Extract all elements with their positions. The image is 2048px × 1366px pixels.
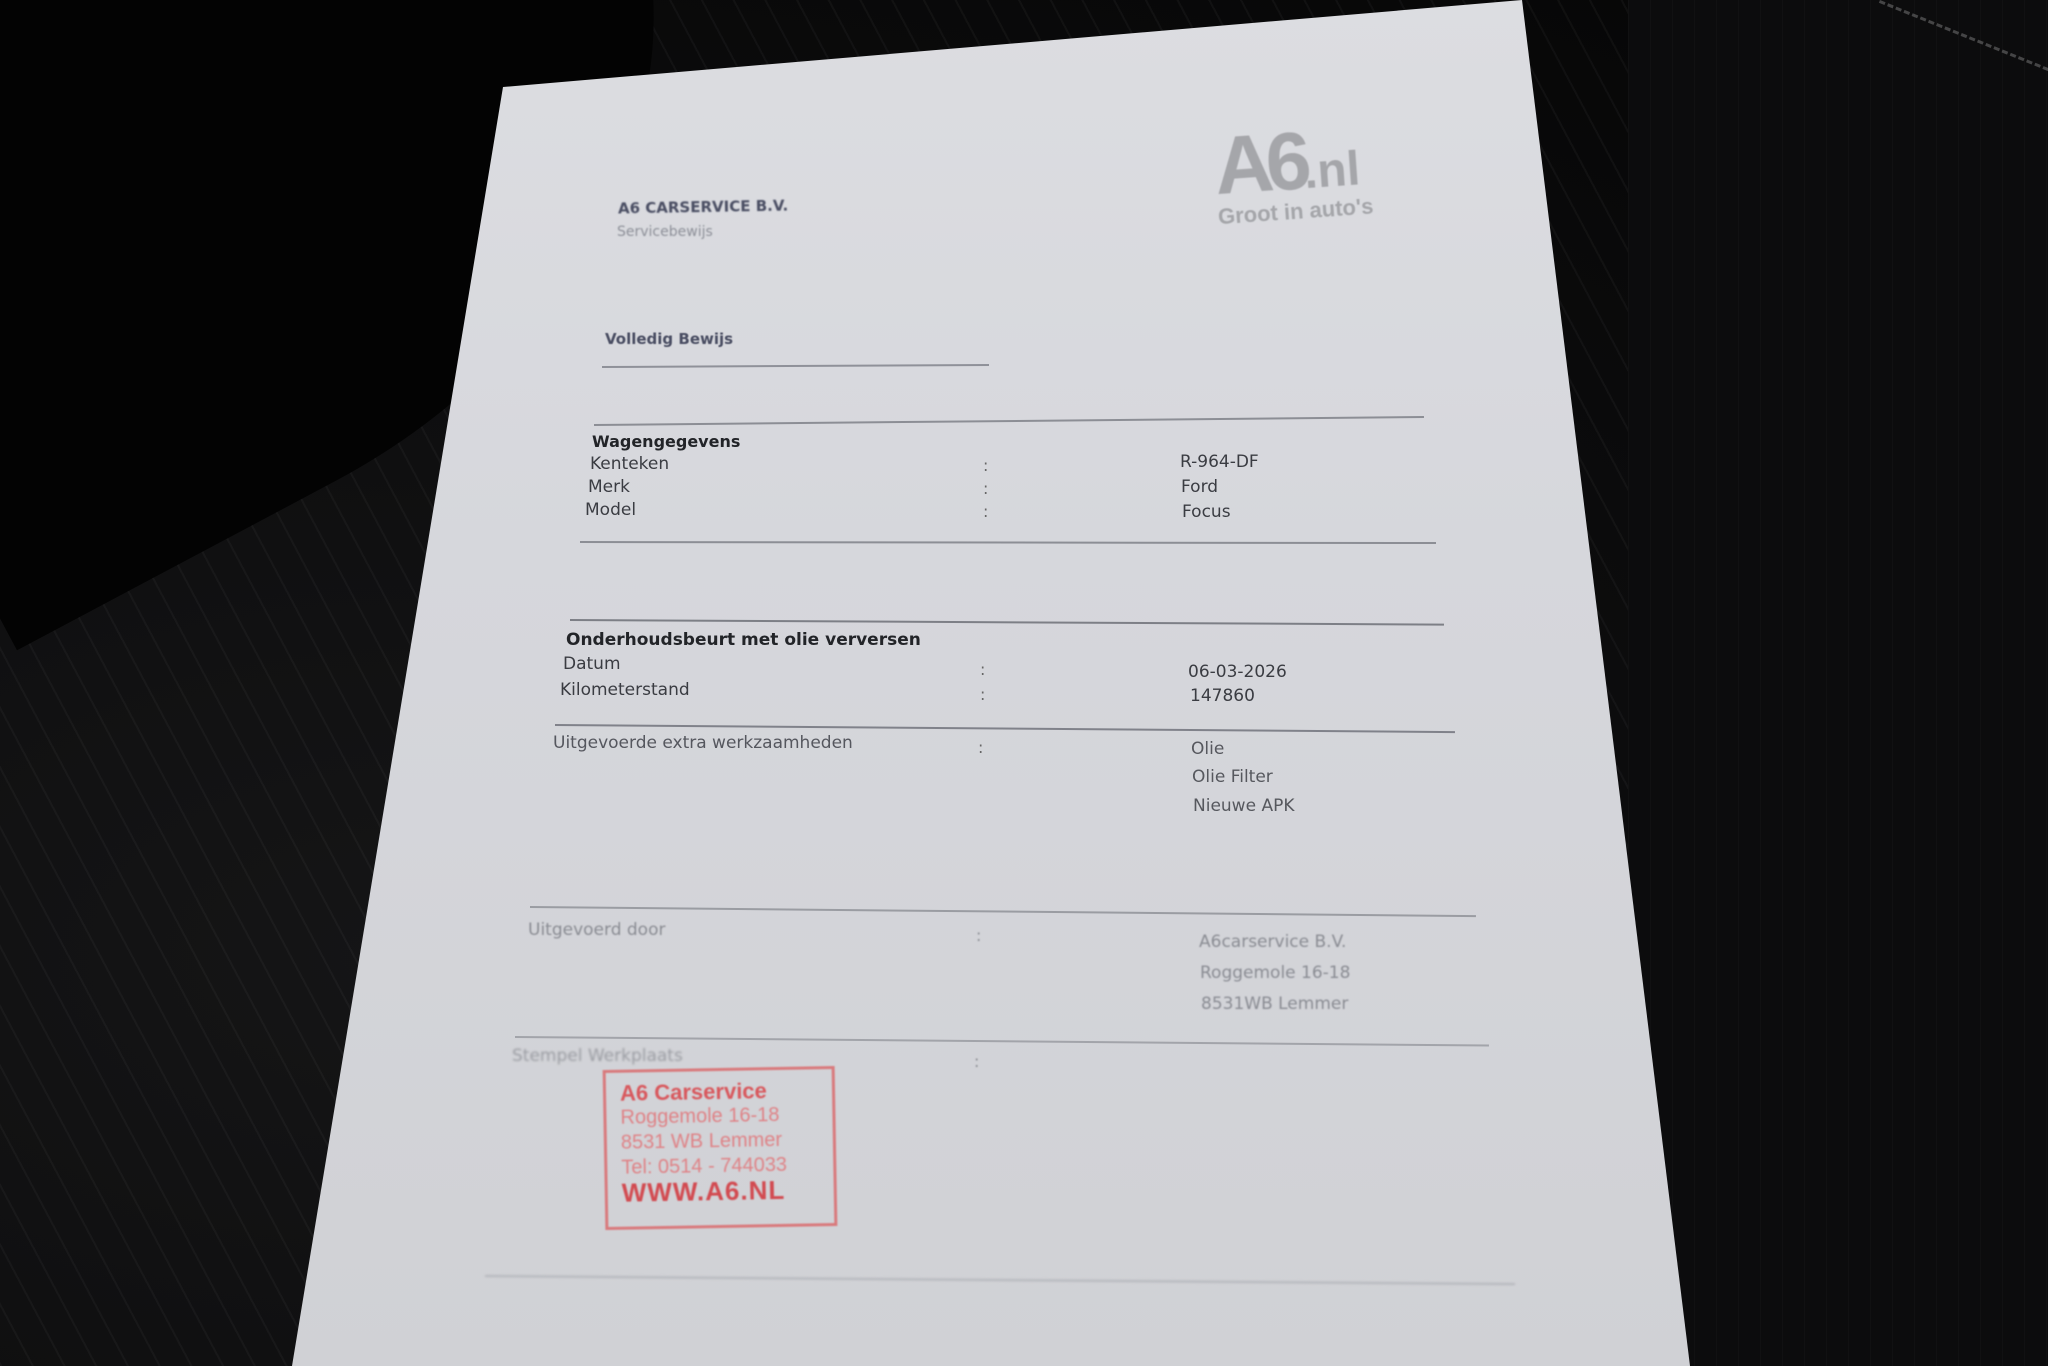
label-kilometerstand: Kilometerstand [560, 680, 690, 700]
label-datum: Datum [563, 654, 621, 674]
label-kenteken: Kenteken [590, 454, 669, 474]
divider [580, 541, 1436, 544]
divider [530, 906, 1476, 917]
stamp-section-label: Stempel Werkplaats [512, 1046, 683, 1066]
logo-mark: A6 [1211, 115, 1306, 212]
extra-work-item: Nieuwe APK [1193, 796, 1294, 816]
separator: : [980, 685, 985, 704]
performed-by-line: A6carservice B.V. [1199, 932, 1346, 952]
service-section-title: Onderhoudsbeurt met olie verversen [566, 630, 921, 650]
performed-by-label: Uitgevoerd door [528, 920, 665, 940]
logo-suffix: .nl [1302, 142, 1362, 199]
performed-by-line: Roggemole 16-18 [1200, 963, 1350, 983]
separator: : [976, 926, 981, 945]
value-model: Focus [1182, 502, 1231, 522]
separator: : [978, 738, 983, 757]
label-model: Model [585, 500, 636, 520]
divider [594, 416, 1424, 426]
separator: : [983, 479, 988, 498]
value-kenteken: R-964-DF [1180, 452, 1259, 472]
label-merk: Merk [588, 477, 630, 497]
certificate-title: Volledig Bewijs [605, 330, 733, 348]
stamp-street: Roggemole 16-18 [620, 1102, 832, 1131]
extra-work-item: Olie Filter [1192, 767, 1273, 787]
company-name: A6 CARSERVICE B.V. [618, 197, 789, 218]
separator: : [983, 502, 988, 521]
divider [570, 619, 1444, 626]
document-type: Servicebewijs [617, 224, 713, 240]
divider [555, 724, 1455, 733]
divider [602, 364, 989, 368]
divider [485, 1275, 1515, 1285]
extra-work-item: Olie [1191, 739, 1224, 759]
value-kilometerstand: 147860 [1190, 686, 1255, 706]
service-document: A6 CARSERVICE B.V. Servicebewijs A6.nl G… [0, 0, 2048, 1366]
extra-work-label: Uitgevoerde extra werkzaamheden [553, 733, 853, 753]
workshop-stamp: A6 Carservice Roggemole 16-18 8531 WB Le… [603, 1066, 838, 1230]
stamp-company: A6 Carservice [620, 1077, 832, 1106]
stamp-city: 8531 WB Lemmer [621, 1127, 833, 1156]
separator: : [974, 1052, 979, 1071]
vehicle-section-title: Wagengegevens [592, 432, 740, 451]
separator: : [983, 456, 988, 475]
divider [515, 1036, 1489, 1046]
value-datum: 06-03-2026 [1188, 662, 1287, 682]
performed-by-line: 8531WB Lemmer [1201, 994, 1348, 1014]
value-merk: Ford [1181, 477, 1218, 497]
separator: : [980, 660, 985, 679]
a6-logo: A6.nl Groot in auto's [1211, 110, 1374, 231]
stamp-website: WWW.A6.NL [622, 1177, 834, 1206]
